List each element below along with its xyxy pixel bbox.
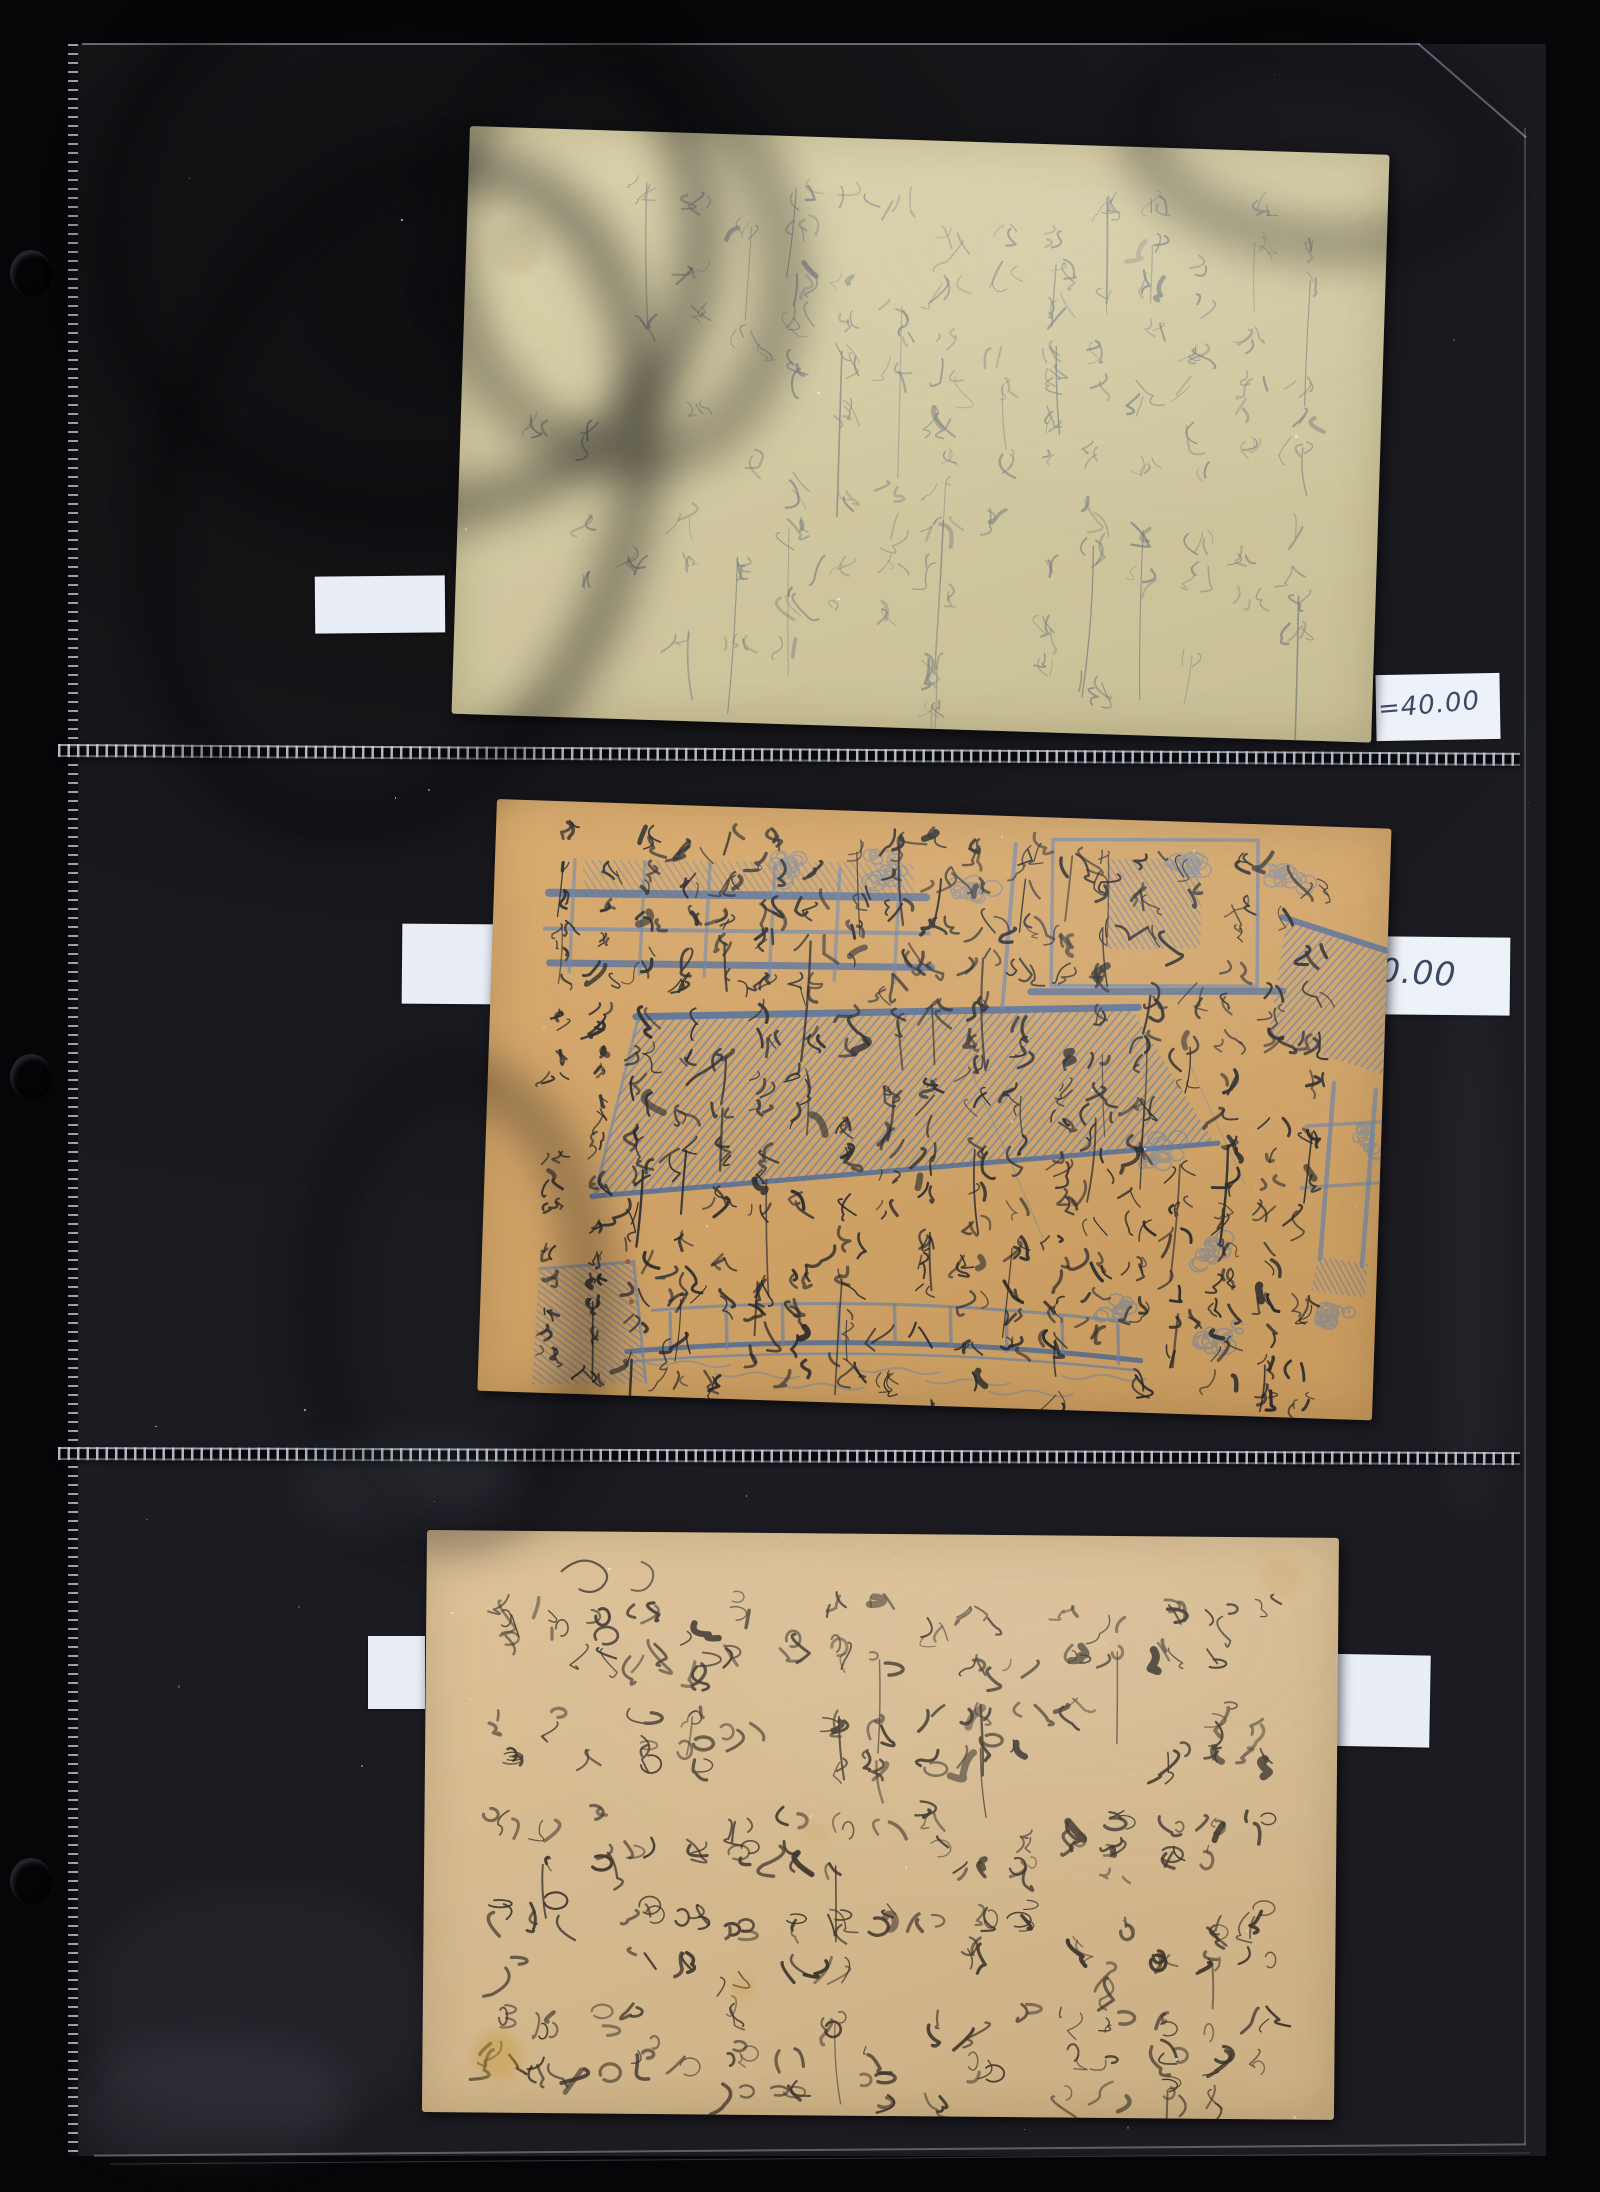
mounting-tab (368, 1636, 425, 1709)
binder-hole (10, 1054, 52, 1100)
sleeve-right-edge (1524, 128, 1526, 2144)
sleeve-stitched-left-edge (68, 44, 78, 2156)
postcard-middle-sketch-and-calligraphy (477, 799, 1391, 1420)
mounting-tab (402, 924, 498, 1005)
price-label-middle-text: 0.00 (1383, 950, 1458, 994)
price-label-top: =40.00 (1375, 673, 1500, 741)
sleeve-top-edge (82, 43, 1420, 45)
album-page-photo: =40.00 0.00 (0, 0, 1600, 2192)
postcard-top (452, 126, 1390, 743)
binder-hole (10, 1858, 52, 1904)
postcard-bottom-calligraphy (422, 1530, 1339, 2120)
price-label-top-text: =40.00 (1377, 686, 1481, 725)
mounting-tab (315, 575, 445, 633)
postcard-bottom (422, 1530, 1339, 2120)
postcard-top-calligraphy (452, 126, 1390, 743)
binder-hole (10, 250, 52, 296)
postcard-middle (477, 799, 1391, 1420)
price-label-middle: 0.00 (1383, 936, 1511, 1015)
